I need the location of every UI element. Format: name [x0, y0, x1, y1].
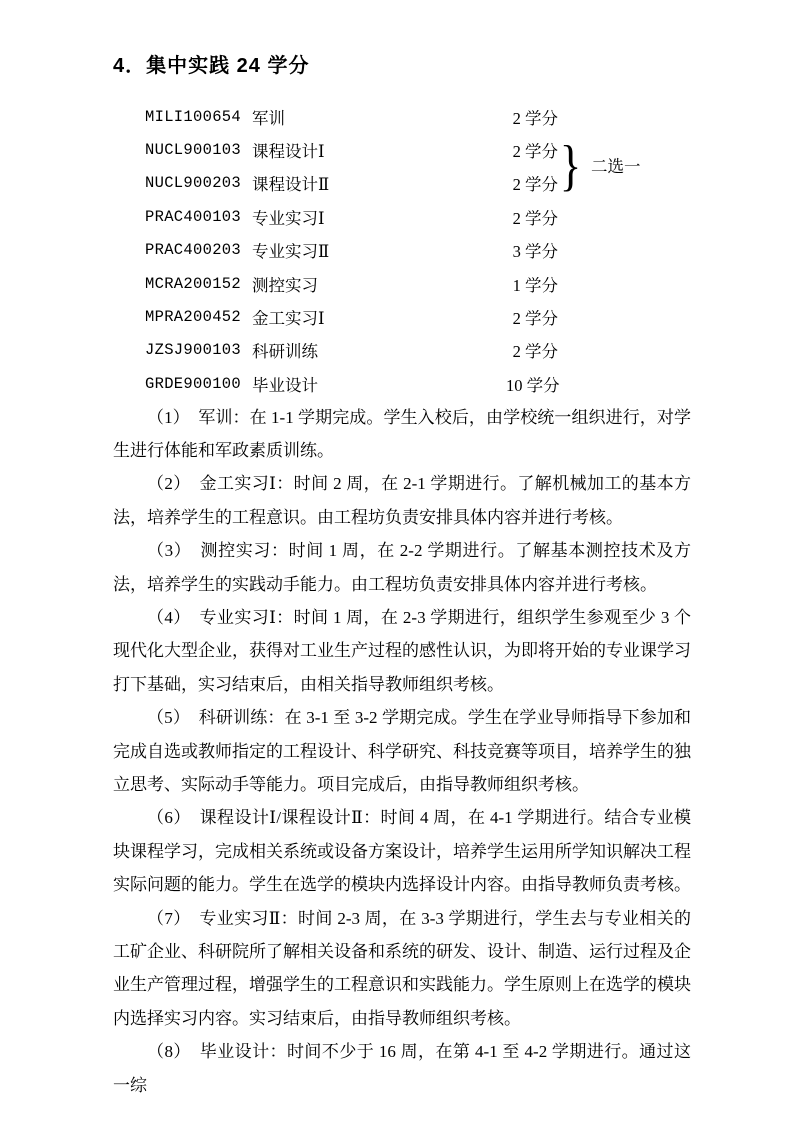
course-name: 专业实习Ⅰ [252, 205, 506, 229]
paragraph-military-training: （1） 军训：在 1-1 学期完成。学生入校后，由学校统一组织进行，对学生进行体… [113, 401, 691, 468]
course-credit: 3 学分 [506, 238, 558, 262]
course-credit: 2 学分 [506, 171, 558, 195]
course-credit: 2 学分 [506, 305, 558, 329]
course-row: MPRA200452 金工实习Ⅰ 2 学分 [145, 300, 691, 333]
course-credit: 2 学分 [506, 205, 558, 229]
paragraph-research-training: （5） 科研训练：在 3-1 至 3-2 学期完成。学生在学业导师指导下参加和完… [113, 701, 691, 801]
course-credit: 2 学分 [506, 138, 558, 162]
course-row: PRAC400203 专业实习Ⅱ 3 学分 [145, 234, 691, 267]
paragraph-measurement-control-practice: （3） 测控实习：时间 1 周，在 2-2 学期进行。了解基本测控技术及方法，培… [113, 534, 691, 601]
choose-one-brace: } [560, 136, 582, 198]
course-name: 测控实习 [252, 272, 506, 296]
course-code: PRAC400203 [145, 241, 252, 259]
paragraph-course-design: （6） 课程设计Ⅰ/课程设计Ⅱ：时间 4 周，在 4-1 学期进行。结合专业模块… [113, 801, 691, 901]
course-name: 课程设计Ⅰ [252, 138, 506, 162]
course-row: MILI100654 军训 2 学分 [145, 100, 691, 133]
course-name: 毕业设计 [252, 372, 506, 396]
choose-one-label: 二选一 [591, 157, 641, 177]
course-name: 课程设计Ⅱ [252, 171, 506, 195]
page-content: 4．集中实践 24 学分 MILI100654 军训 2 学分 NUCL9001… [113, 44, 691, 1102]
course-code: GRDE900100 [145, 375, 252, 393]
course-row: JZSJ900103 科研训练 2 学分 [145, 334, 691, 367]
course-row: PRAC400103 专业实习Ⅰ 2 学分 [145, 200, 691, 233]
paragraph-professional-internship-2: （7） 专业实习Ⅱ：时间 2-3 周，在 3-3 学期进行，学生去与专业相关的工… [113, 902, 691, 1036]
course-credit: 2 学分 [506, 338, 558, 362]
course-name: 军训 [252, 105, 506, 129]
course-code: MPRA200452 [145, 308, 252, 326]
course-row: MCRA200152 测控实习 1 学分 [145, 267, 691, 300]
course-credit: 10 学分 [506, 372, 558, 396]
paragraph-graduation-design: （8） 毕业设计：时间不少于 16 周，在第 4-1 至 4-2 学期进行。通过… [113, 1035, 691, 1102]
course-code: PRAC400103 [145, 208, 252, 226]
course-code: MILI100654 [145, 108, 252, 126]
course-code: JZSJ900103 [145, 341, 252, 359]
course-credit: 2 学分 [506, 105, 558, 129]
paragraph-metalworking-practice: （2） 金工实习Ⅰ：时间 2 周，在 2-1 学期进行。了解机械加工的基本方法，… [113, 467, 691, 534]
section-title: 4．集中实践 24 学分 [113, 52, 691, 80]
course-credit: 1 学分 [506, 272, 558, 296]
document-page: 4．集中实践 24 学分 MILI100654 军训 2 学分 NUCL9001… [0, 0, 794, 1123]
course-name: 专业实习Ⅱ [252, 238, 506, 262]
paragraph-professional-internship-1: （4） 专业实习Ⅰ：时间 1 周，在 2-3 学期进行，组织学生参观至少 3 个… [113, 601, 691, 701]
course-row: GRDE900100 毕业设计 10 学分 [145, 367, 691, 400]
course-name: 科研训练 [252, 338, 506, 362]
course-descriptions: （1） 军训：在 1-1 学期完成。学生入校后，由学校统一组织进行，对学生进行体… [113, 401, 691, 1103]
course-code: NUCL900103 [145, 141, 252, 159]
course-name: 金工实习Ⅰ [252, 305, 506, 329]
course-list: MILI100654 军训 2 学分 NUCL900103 课程设计Ⅰ 2 学分… [113, 100, 691, 401]
course-code: MCRA200152 [145, 275, 252, 293]
course-code: NUCL900203 [145, 174, 252, 192]
